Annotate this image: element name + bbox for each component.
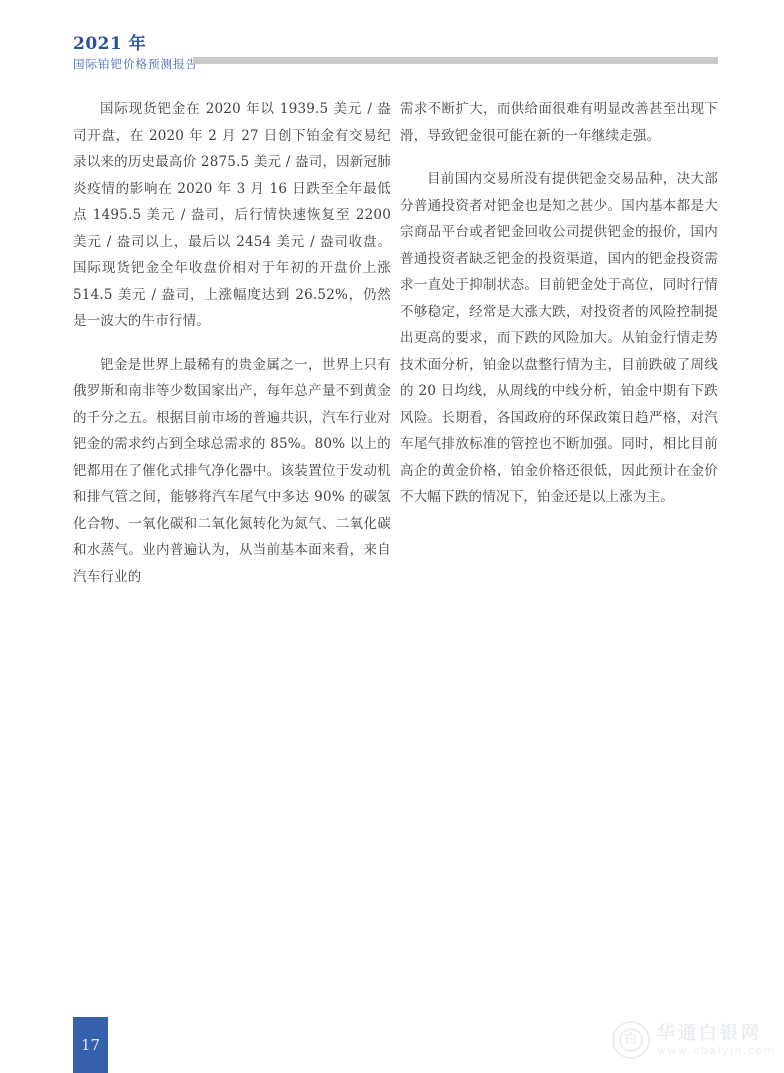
paragraph: 国际现货钯金在 2020 年以 1939.5 美元 / 盎司开盘，在 2020 … [73, 96, 391, 335]
article-body: 国际现货钯金在 2020 年以 1939.5 美元 / 盎司开盘，在 2020 … [73, 96, 718, 607]
watermark-site-url: www.ebaiyin.com [657, 1044, 776, 1057]
left-column: 国际现货钯金在 2020 年以 1939.5 美元 / 盎司开盘，在 2020 … [73, 96, 391, 607]
header-rule [193, 57, 718, 64]
report-header: 2021 年 国际铂钯价格预测报告 [73, 34, 724, 71]
watermark: 白 华通白银网 www.ebaiyin.com [612, 1021, 776, 1059]
paragraph: 需求不断扩大，而供给面很难有明显改善甚至出现下滑，导致钯金很可能在新的一年继续走… [400, 96, 718, 149]
paragraph: 钯金是世界上最稀有的贵金属之一，世界上只有俄罗斯和南非等少数国家出产，每年总产量… [73, 352, 391, 591]
page-number-box: 17 [73, 1017, 108, 1073]
report-year: 2021 年 [73, 34, 724, 54]
page-number: 17 [81, 1036, 100, 1054]
watermark-logo-icon: 白 [612, 1021, 650, 1059]
document-page: 2021 年 国际铂钯价格预测报告 国际现货钯金在 2020 年以 1939.5… [0, 0, 784, 1073]
right-column: 需求不断扩大，而供给面很难有明显改善甚至出现下滑，导致钯金很可能在新的一年继续走… [400, 96, 718, 607]
watermark-site-name: 华通白银网 [657, 1024, 776, 1044]
paragraph: 目前国内交易所没有提供钯金交易品种，决大部分普通投资者对钯金也是知之甚少。国内基… [400, 166, 718, 511]
